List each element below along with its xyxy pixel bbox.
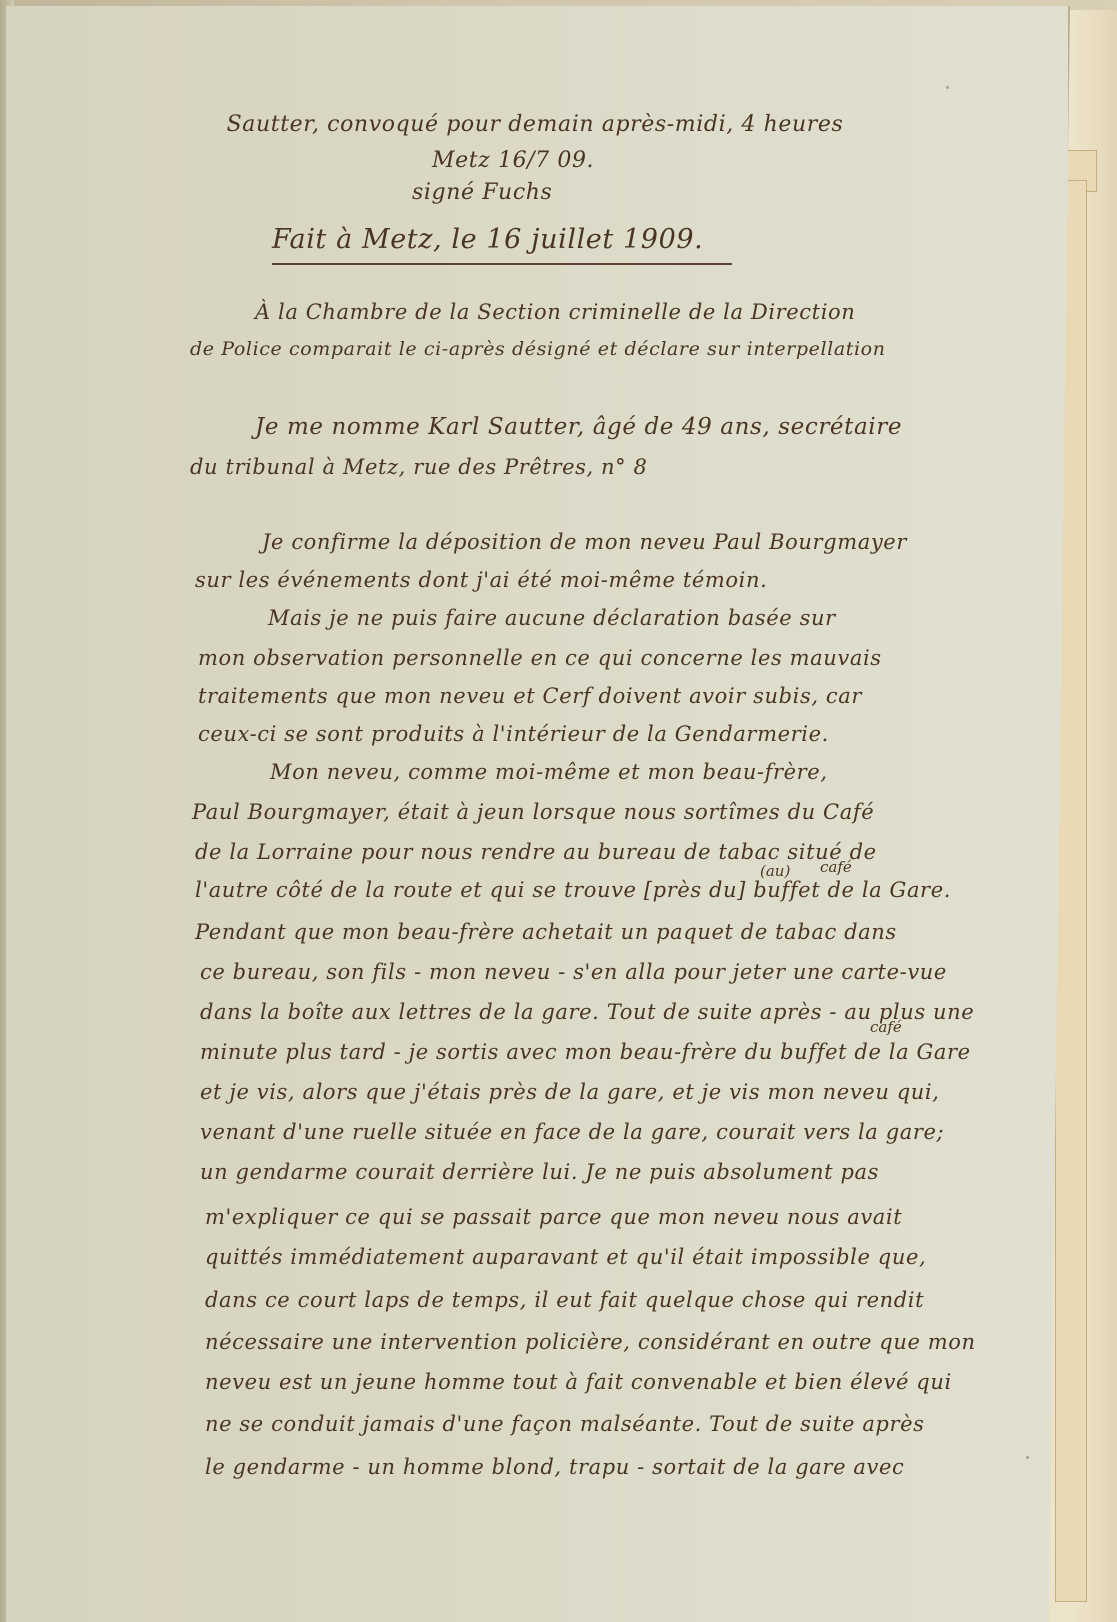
text-line: m'expliquer ce qui se passait parce que …	[205, 1205, 902, 1229]
text-line: Je me nomme Karl Sautter, âgé de 49 ans,…	[255, 414, 902, 440]
text-line: traitements que mon neveu et Cerf doiven…	[198, 684, 862, 708]
paper-spot	[946, 86, 949, 89]
text-line: minute plus tard - je sortis avec mon be…	[200, 1040, 971, 1064]
text-line: l'autre côté de la route et qui se trouv…	[195, 878, 951, 902]
text-line: sur les événements dont j'ai été moi-mêm…	[195, 568, 767, 592]
text-line: Je confirme la déposition de mon neveu P…	[262, 530, 907, 554]
text-line: Paul Bourgmayer, était à jeun lorsque no…	[192, 800, 874, 824]
text-line: le gendarme - un homme blond, trapu - so…	[205, 1455, 904, 1479]
text-line: dans ce court laps de temps, il eut fait…	[205, 1288, 924, 1312]
text-line: de Police comparait le ci-après désigné …	[190, 338, 886, 360]
text-line: ceux-ci se sont produits à l'intérieur d…	[198, 722, 829, 746]
text-line: Pendant que mon beau-frère achetait un p…	[195, 920, 897, 944]
text-line: et je vis, alors que j'étais près de la …	[200, 1080, 940, 1104]
text-line: nécessaire une intervention policière, c…	[205, 1330, 976, 1354]
text-line: quittés immédiatement auparavant et qu'i…	[205, 1245, 926, 1269]
text-line: venant d'une ruelle située en face de la…	[200, 1120, 944, 1144]
document-title: Fait à Metz, le 16 juillet 1909.	[272, 224, 703, 255]
margin-insert: café	[870, 1018, 902, 1036]
text-line: du tribunal à Metz, rue des Prêtres, n° …	[190, 455, 648, 479]
signature-line: signé Fuchs	[412, 180, 552, 205]
paper-spot	[1026, 1456, 1029, 1459]
summons-line: Sautter, convoqué pour demain après-midi…	[0, 112, 1070, 137]
text-line: de la Lorraine pour nous rendre au burea…	[195, 840, 877, 864]
text-line: mon observation personnelle en ce qui co…	[198, 646, 882, 670]
place-date: Metz 16/7 09.	[432, 148, 594, 173]
text-line: ce bureau, son fils - mon neveu - s'en a…	[200, 960, 947, 984]
text-line: Mon neveu, comme moi-même et mon beau-fr…	[270, 760, 828, 784]
text-line: À la Chambre de la Section criminelle de…	[255, 300, 855, 324]
text-line: Mais je ne puis faire aucune déclaration…	[268, 606, 836, 630]
text-line: ne se conduit jamais d'une façon malséan…	[205, 1412, 925, 1436]
text-line: un gendarme courait derrière lui. Je ne …	[200, 1160, 879, 1184]
text-line: neveu est un jeune homme tout à fait con…	[205, 1370, 952, 1394]
title-underline	[272, 263, 732, 265]
margin-insert: café	[820, 858, 852, 876]
text-line: dans la boîte aux lettres de la gare. To…	[200, 1000, 974, 1024]
